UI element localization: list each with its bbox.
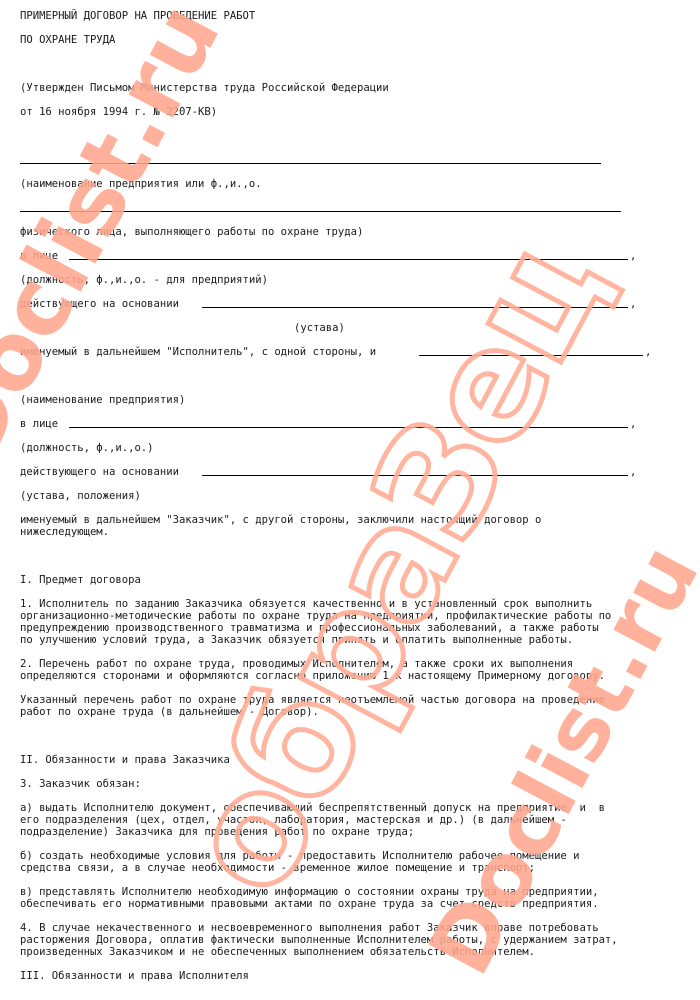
clause-3b-line2: средства связи, а в случае необходимости… — [20, 862, 535, 874]
clause-3a-line1: а) выдать Исполнителю документ, обеспечи… — [20, 802, 605, 814]
clause-3v-line2: обеспечивать его нормативными правовыми … — [20, 898, 599, 910]
executor-position-hint: (должность, ф.,и.,о. - для предприятий) — [20, 274, 268, 286]
clause-3v-line1: в) представлять Исполнителю необходимую … — [20, 886, 599, 898]
clause-1-line3: предупреждению производственного травмат… — [20, 622, 599, 634]
comma: , — [630, 418, 636, 430]
comma: , — [630, 298, 636, 310]
executor-name-hint-1: (наименование предприятия или ф.,и.,о. — [20, 178, 262, 190]
executor-named-text: именуемый в дальнейшем "Исполнитель", с … — [20, 346, 376, 358]
section-1-title: I. Предмет договора — [20, 574, 141, 586]
comma: , — [630, 466, 636, 478]
clause-2-line1: 2. Перечень работ по охране труда, прово… — [20, 658, 573, 670]
document-title-line2: ПО ОХРАНЕ ТРУДА — [20, 34, 115, 46]
comma: , — [630, 250, 636, 262]
clause-1-line2: организационно-методические работы по ох… — [20, 610, 611, 622]
clause-4-line2: расторжения Договора, оплатив фактически… — [20, 934, 618, 946]
in-person-label-2: в лице — [20, 418, 58, 430]
clause-3-title: 3. Заказчик обязан: — [20, 778, 141, 790]
section-3-title: III. Обязанности и права Исполнителя — [20, 970, 249, 982]
customer-named-line2: нижеследующем. — [20, 526, 109, 538]
executor-name-blank-2 — [20, 211, 621, 212]
executor-name-blank-1 — [20, 163, 601, 164]
in-person-label: в лице — [20, 250, 58, 262]
clause-1-line4: по улучшению условий труда, а Заказчик о… — [20, 634, 573, 646]
approval-line1: (Утвержден Письмом Министерства труда Ро… — [20, 82, 389, 94]
acting-basis-label-2: действующего на основании — [20, 466, 179, 478]
executor-representative-blank — [69, 259, 628, 260]
clause-2-line2: определяются сторонами и оформляются сог… — [20, 670, 605, 682]
clause-2b-line2: работ по охране труда (в дальнейшем - До… — [20, 706, 319, 718]
approval-line2: от 16 ноября 1994 г. № 2207-КВ) — [20, 106, 217, 118]
comma: , — [645, 346, 651, 358]
clause-1-line1: 1. Исполнитель по заданию Заказчика обяз… — [20, 598, 592, 610]
clause-3b-line1: б) создать необходимые условия для работ… — [20, 850, 580, 862]
clause-4-line3: произведенных Заказчиком и не обеспеченн… — [20, 946, 535, 958]
acting-basis-label: действующего на основании — [20, 298, 179, 310]
customer-named-line1: именуемый в дальнейшем "Заказчик", с дру… — [20, 514, 541, 526]
clause-3a-line3: подразделение) Заказчика для проведения … — [20, 826, 414, 838]
customer-basis-blank — [202, 475, 628, 476]
customer-basis-hint: (устава, положения) — [20, 490, 141, 502]
customer-name-blank — [419, 355, 643, 356]
customer-representative-blank — [69, 427, 628, 428]
section-2-title: II. Обязанности и права Заказчика — [20, 754, 230, 766]
clause-3a-line2: его подразделения (цех, отдел, участок, … — [20, 814, 567, 826]
executor-basis-blank — [202, 307, 628, 308]
customer-name-hint: (наименование предприятия) — [20, 394, 185, 406]
document-title-line1: ПРИМЕРНЫЙ ДОГОВОР НА ПРОВЕДЕНИЕ РАБОТ — [20, 10, 255, 22]
clause-2b-line1: Указанный перечень работ по охране труда… — [20, 694, 605, 706]
executor-basis-hint: (устава) — [294, 322, 345, 334]
customer-position-hint: (должность, ф.,и.,о.) — [20, 442, 154, 454]
clause-4-line1: 4. В случае некачественного и несвоеврем… — [20, 922, 599, 934]
document-page: ПРИМЕРНЫЙ ДОГОВОР НА ПРОВЕДЕНИЕ РАБОТ ПО… — [0, 0, 700, 1000]
executor-name-hint-2: физического лица, выполняющего работы по… — [20, 226, 363, 238]
